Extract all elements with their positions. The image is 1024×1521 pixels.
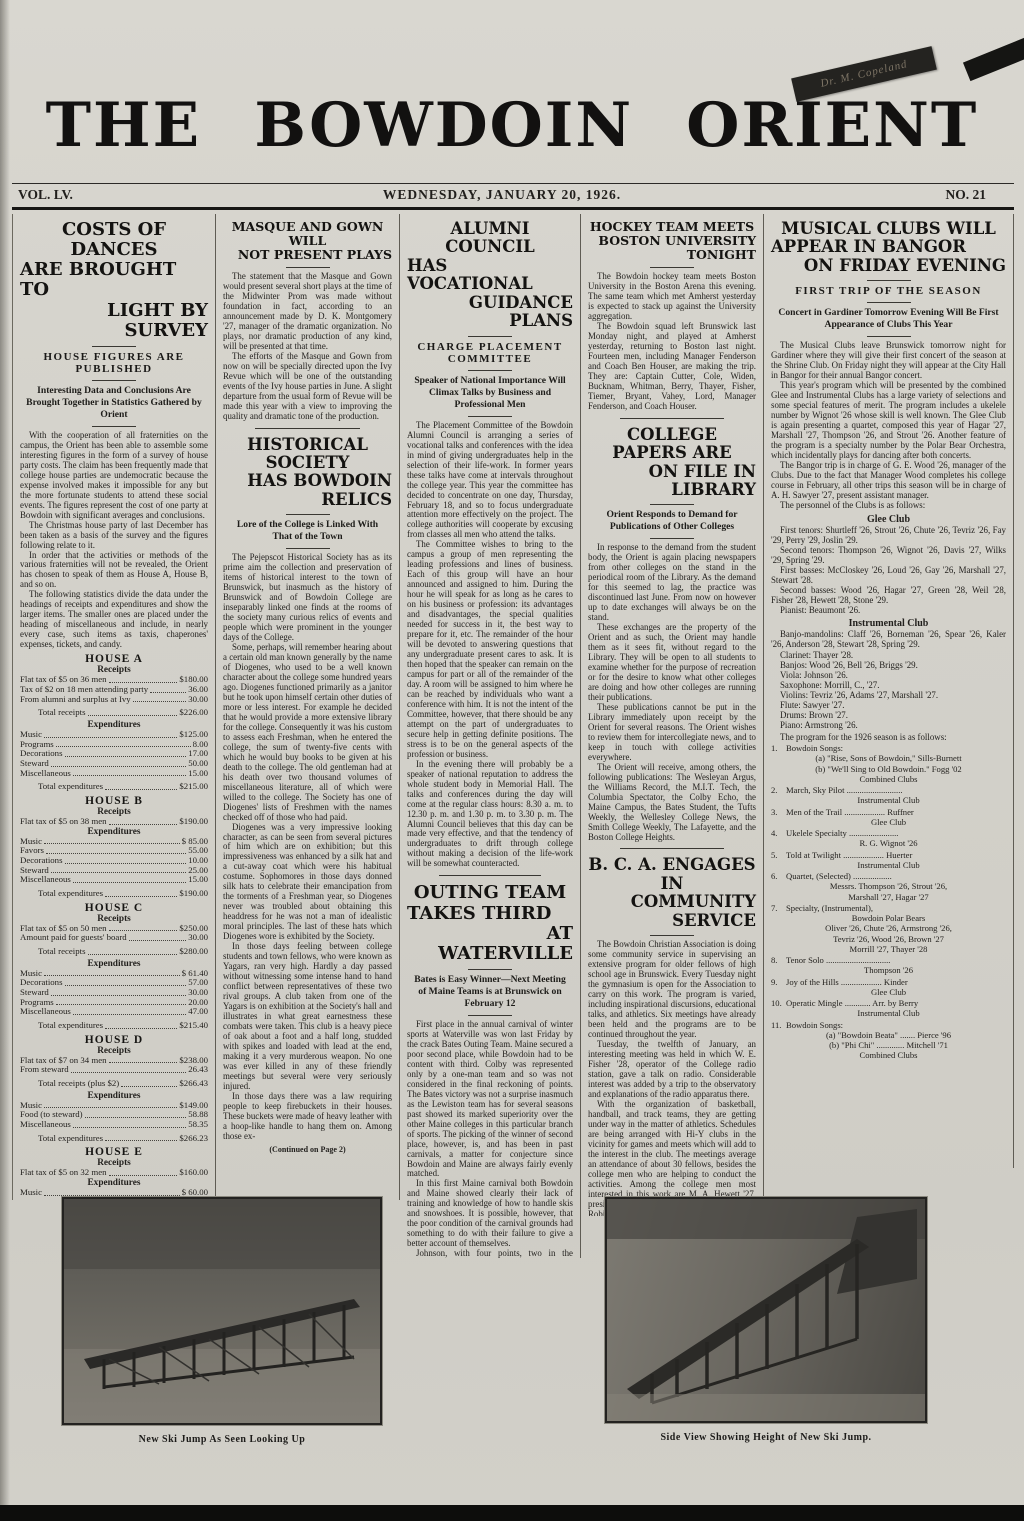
column-4: HOCKEY TEAM MEETSBOSTON UNIVERSITY TONIG…: [581, 214, 764, 1216]
costs-kicker: HOUSE FIGURES ARE PUBLISHED: [20, 351, 208, 375]
divider: [468, 416, 512, 417]
volume-label: VOL. LV.: [12, 187, 238, 203]
divider: [286, 548, 330, 549]
program-item: 10.Operatic Mingle ............ Arr. by …: [771, 998, 1006, 1018]
musical-deck: Concert in Gardiner Tomorrow Evening Wil…: [771, 307, 1006, 331]
program-intro: The program for the 1926 season is as fo…: [771, 732, 1006, 742]
paragraph: In those days there was a law requiring …: [223, 1092, 392, 1142]
program-item: 9.Joy of the Hills ................... K…: [771, 977, 1006, 997]
personnel-line: Banjos: Wood '26, Bell '26, Briggs '29.: [771, 660, 1006, 670]
papers-body: In response to the demand from the stude…: [588, 543, 756, 842]
alumni-deck: Speaker of National Importance Will Clim…: [407, 375, 573, 411]
program-item: 3.Men of the Trail ................... R…: [771, 807, 1006, 827]
divider: [650, 504, 694, 505]
personnel-line: Banjo-mandolins: Claff '26, Borneman '26…: [771, 629, 1006, 649]
divider: [92, 346, 136, 347]
divider: [650, 935, 694, 936]
costs-deck: Interesting Data and Conclusions Are Bro…: [20, 385, 208, 421]
bca-body: The Bowdoin Christian Association is doi…: [588, 940, 756, 1216]
headline-line: ARE BROUGHT TO: [20, 260, 208, 300]
paragraph: Some, perhaps, will remember hearing abo…: [223, 643, 392, 822]
divider: [867, 336, 911, 337]
house-c-section: HOUSE C Receipts Flat tax of $5 on 50 me…: [20, 902, 208, 1031]
article-divider: [620, 418, 724, 419]
costs-headline: COSTS OF DANCESARE BROUGHT TOLIGHT BY SU…: [20, 220, 208, 341]
left-photo-caption: New Ski Jump As Seen Looking Up: [62, 1434, 382, 1445]
headline-line: NOT PRESENT PLAYS: [223, 248, 392, 262]
expenditures-heading: Expenditures: [20, 959, 208, 969]
paragraph: The Christmas house party of last Decemb…: [20, 521, 208, 551]
finance-row: Miscellaneous15.00: [20, 769, 208, 779]
paragraph: Diogenes was a very impressive looking c…: [223, 823, 392, 943]
alumni-kicker: CHARGE PLACEMENT COMMITTEE: [407, 341, 573, 365]
program-item: 6.Quartet, (Selected) ..................…: [771, 871, 1006, 902]
paragraph: These exchanges are the property of the …: [588, 623, 756, 703]
glee-club-heading: Glee Club: [771, 514, 1006, 525]
newspaper-front-page: Dr. M. Copeland THE BOWDOIN ORIENT VOL. …: [0, 0, 1024, 1521]
finance-row: Flat tax of $5 on 38 men$190.00: [20, 817, 208, 827]
paragraph: The Pejepscot Historical Society has as …: [223, 553, 392, 643]
house-title: HOUSE A: [20, 653, 208, 665]
headline-line: HAS BOWDOIN RELICS: [223, 472, 392, 509]
paragraph: The efforts of the Masque and Gown from …: [223, 352, 392, 422]
headline-line: COLLEGE PAPERS ARE: [588, 426, 756, 463]
historical-headline: HISTORICAL SOCIETYHAS BOWDOIN RELICS: [223, 436, 392, 510]
paragraph: The Musical Clubs leave Brunswick tomorr…: [771, 341, 1006, 381]
personnel-line: First basses: McCloskey '26, Loud '26, G…: [771, 565, 1006, 585]
headline-line: GUIDANCE PLANS: [407, 294, 573, 331]
paragraph: First place in the annual carnival of wi…: [407, 1020, 573, 1180]
headline-line: BOSTON UNIVERSITY TONIGHT: [588, 234, 756, 262]
paragraph: With the cooperation of all fraternities…: [20, 431, 208, 521]
headline-line: HOCKEY TEAM MEETS: [588, 220, 756, 234]
issue-number: NO. 21: [766, 187, 1014, 203]
program-item: 8.Tenor Solo ...........................…: [771, 955, 1006, 975]
musical-kicker: FIRST TRIP OF THE SEASON: [771, 285, 1006, 297]
masque-body: The statement that the Masque and Gown w…: [223, 272, 392, 422]
personnel-line: Clarinet: Thayer '28.: [771, 650, 1006, 660]
ski-jump-side-graphic: [607, 1199, 925, 1421]
alumni-body: The Placement Committee of the Bowdoin A…: [407, 421, 573, 870]
historical-body: The Pejepscot Historical Society has as …: [223, 553, 392, 1141]
personnel-line: Flute: Sawyer '27.: [771, 700, 1006, 710]
divider: [867, 302, 911, 303]
personnel-line: First tenors: Shurtleff '26, Strout '26,…: [771, 525, 1006, 545]
papers-headline: COLLEGE PAPERS AREON FILE IN LIBRARY: [588, 426, 756, 500]
paragraph: The Placement Committee of the Bowdoin A…: [407, 421, 573, 541]
divider: [92, 426, 136, 427]
program-item: 11.Bowdoin Songs: (a) "Bowdoin Beata" ..…: [771, 1020, 1006, 1061]
house-e-section: HOUSE E Receipts Flat tax of $5 on 32 me…: [20, 1146, 208, 1200]
house-title: HOUSE C: [20, 902, 208, 914]
divider: [286, 514, 330, 515]
scan-bottom-edge: [0, 1505, 1024, 1521]
divider: [92, 380, 136, 381]
program-item: 7.Specialty, (Instrumental), Bowdoin Pol…: [771, 903, 1006, 954]
paragraph: The personnel of the Clubs is as follows…: [771, 501, 1006, 511]
divider: [286, 267, 330, 268]
total-expenditures-row: Total expenditures$215.00: [20, 782, 208, 792]
masthead-title: THE BOWDOIN ORIENT: [0, 90, 1024, 161]
headline-line: TAKES THIRD: [407, 904, 573, 924]
paragraph: The Bowdoin Christian Association is doi…: [588, 940, 756, 1040]
paragraph: The Bowdoin hockey team meets Boston Uni…: [588, 272, 756, 322]
paragraph: The Bowdoin squad left Brunswick last Mo…: [588, 322, 756, 412]
hockey-body: The Bowdoin hockey team meets Boston Uni…: [588, 272, 756, 412]
house-a-section: HOUSE A Receipts Flat tax of $5 on 36 me…: [20, 653, 208, 792]
headline-line: APPEAR IN BANGOR: [771, 238, 1006, 256]
total-receipts-row: Total receipts$226.00: [20, 708, 208, 718]
column-5: MUSICAL CLUBS WILLAPPEAR IN BANGORON FRI…: [764, 214, 1014, 1168]
paragraph: The Committee wishes to bring to the cam…: [407, 540, 573, 759]
hockey-headline: HOCKEY TEAM MEETSBOSTON UNIVERSITY TONIG…: [588, 220, 756, 262]
finance-row: Miscellaneous15.00: [20, 875, 208, 885]
instrumental-club-heading: Instrumental Club: [771, 618, 1006, 629]
personnel-line: Violins: Tevriz '26, Adams '27, Marshall…: [771, 690, 1006, 700]
finance-row: Amount paid for guests' board30.00: [20, 933, 208, 943]
divider: [650, 538, 694, 539]
divider: [867, 280, 911, 281]
house-b-section: HOUSE B Receipts Flat tax of $5 on 38 me…: [20, 795, 208, 899]
finance-row: Miscellaneous58.35: [20, 1120, 208, 1130]
paragraph: The Orient will receive, among others, t…: [588, 763, 756, 843]
dateline: VOL. LV. WEDNESDAY, JANUARY 20, 1926. NO…: [12, 183, 1014, 210]
column-3: ALUMNI COUNCILHAS VOCATIONALGUIDANCE PLA…: [400, 214, 581, 1258]
expenditures-heading: Expenditures: [20, 827, 208, 837]
expenditures-heading: Expenditures: [20, 1178, 208, 1188]
divider: [468, 1015, 512, 1016]
paragraph: The statement that the Masque and Gown w…: [223, 272, 392, 352]
divider: [650, 267, 694, 268]
program-item: 2.March, Sky Pilot .....................…: [771, 785, 1006, 805]
finance-row: Miscellaneous47.00: [20, 1007, 208, 1017]
ski-jump-photo-side-view: [605, 1197, 927, 1423]
outing-headline: OUTING TEAMTAKES THIRDAT WATERVILLE: [407, 883, 573, 964]
costs-body: With the cooperation of all fraternities…: [20, 431, 208, 650]
house-d-section: HOUSE D Receipts Flat tax of $7 on 34 me…: [20, 1034, 208, 1144]
article-divider: [620, 848, 724, 849]
personnel-line: Pianist: Beaumont '26.: [771, 605, 1006, 615]
column-1: COSTS OF DANCESARE BROUGHT TOLIGHT BY SU…: [12, 214, 216, 1200]
personnel-line: Viola: Johnson '26.: [771, 670, 1006, 680]
owner-stamp-text: Dr. M. Copeland: [819, 58, 908, 90]
paragraph: In the evening there will probably be a …: [407, 760, 573, 870]
headline-line: HAS VOCATIONAL: [407, 257, 573, 294]
instrumental-club-personnel: Banjo-mandolins: Claff '26, Borneman '26…: [771, 629, 1006, 730]
total-expenditures-row: Total expenditures$190.00: [20, 889, 208, 899]
house-title: HOUSE D: [20, 1034, 208, 1046]
divider: [468, 370, 512, 371]
historical-deck: Lore of the College is Linked With That …: [223, 519, 392, 543]
program-item: 4.Ukelele Specialty ....................…: [771, 828, 1006, 848]
personnel-line: Piano: Armstrong '26.: [771, 720, 1006, 730]
paragraph: The Bangor trip is in charge of G. E. Wo…: [771, 461, 1006, 501]
headline-line: B. C. A. ENGAGES IN: [588, 856, 756, 893]
personnel-line: Drums: Brown '27.: [771, 710, 1006, 720]
program-item: 1.Bowdoin Songs: (a) "Rise, Sons of Bowd…: [771, 743, 1006, 784]
headline-line: COSTS OF DANCES: [20, 220, 208, 260]
program-item: 5.Told at Twilight ................... H…: [771, 850, 1006, 870]
finance-row: From steward26.43: [20, 1065, 208, 1075]
headline-line: LIGHT BY SURVEY: [20, 301, 208, 341]
headline-line: ON FRIDAY EVENING: [771, 257, 1006, 275]
paragraph: In order that the activities or methods …: [20, 551, 208, 591]
finance-row: Flat tax of $5 on 32 men$160.00: [20, 1168, 208, 1178]
continued-note: (Continued on Page 2): [223, 1145, 392, 1154]
finance-row: Music$ 85.00: [20, 837, 208, 847]
paragraph: Johnson, with four points, two in the sn…: [407, 1249, 573, 1258]
issue-date: WEDNESDAY, JANUARY 20, 1926.: [238, 187, 766, 203]
divider: [468, 336, 512, 337]
finance-row: From alumni and surplus at Ivy30.00: [20, 695, 208, 705]
paragraph: In those days feeling between college st…: [223, 942, 392, 1092]
headline-line: COMMUNITY SERVICE: [588, 893, 756, 930]
personnel-line: Second tenors: Thompson '26, Wignot '26,…: [771, 545, 1006, 565]
outing-body: First place in the annual carnival of wi…: [407, 1020, 573, 1258]
musical-headline: MUSICAL CLUBS WILLAPPEAR IN BANGORON FRI…: [771, 220, 1006, 275]
total-receipts-row: Total receipts (plus $2)$266.43: [20, 1079, 208, 1089]
paragraph: In response to the demand from the stude…: [588, 543, 756, 623]
headline-line: HISTORICAL SOCIETY: [223, 436, 392, 473]
house-title: HOUSE E: [20, 1146, 208, 1158]
papers-deck: Orient Responds to Demand for Publicatio…: [588, 509, 756, 533]
paragraph: This year's program which will be presen…: [771, 381, 1006, 461]
glee-club-personnel: First tenors: Shurtleff '26, Strout '26,…: [771, 525, 1006, 616]
headline-line: OUTING TEAM: [407, 883, 573, 903]
paragraph: In this first Maine carnival both Bowdoi…: [407, 1179, 573, 1249]
total-expenditures-row: Total expenditures$215.40: [20, 1021, 208, 1031]
masque-headline: MASQUE AND GOWN WILLNOT PRESENT PLAYS: [223, 220, 392, 262]
headline-line: ON FILE IN LIBRARY: [588, 463, 756, 500]
column-2: MASQUE AND GOWN WILLNOT PRESENT PLAYS Th…: [216, 214, 400, 1200]
total-receipts-row: Total receipts$280.00: [20, 947, 208, 957]
ski-jump-trestle-graphic: [64, 1199, 380, 1423]
corner-ink-mark: [963, 35, 1024, 81]
paragraph: Tuesday, the twelfth of January, an inte…: [588, 1040, 756, 1100]
article-divider: [255, 428, 360, 429]
bca-headline: B. C. A. ENGAGES INCOMMUNITY SERVICE: [588, 856, 756, 930]
outing-deck: Bates is Easy Winner—Next Meeting of Mai…: [407, 974, 573, 1010]
headline-line: MASQUE AND GOWN WILL: [223, 220, 392, 248]
headline-line: AT WATERVILLE: [407, 924, 573, 964]
scan-edge-shadow: [0, 0, 10, 1521]
personnel-line: Saxophone: Morrill, C., '27.: [771, 680, 1006, 690]
house-title: HOUSE B: [20, 795, 208, 807]
headline-line: MUSICAL CLUBS WILL: [771, 220, 1006, 238]
musical-body: The Musical Clubs leave Brunswick tomorr…: [771, 341, 1006, 510]
article-divider: [439, 875, 542, 876]
paragraph: The following statistics divide the data…: [20, 590, 208, 650]
ski-jump-photo-looking-up: [62, 1197, 382, 1425]
headline-line: ALUMNI COUNCIL: [407, 220, 573, 257]
program-list: 1.Bowdoin Songs: (a) "Rise, Sons of Bowd…: [771, 743, 1006, 1060]
total-expenditures-row: Total expenditures$266.23: [20, 1134, 208, 1144]
alumni-headline: ALUMNI COUNCILHAS VOCATIONALGUIDANCE PLA…: [407, 220, 573, 331]
personnel-line: Second basses: Wood '26, Hagar '27, Gree…: [771, 585, 1006, 605]
paragraph: These publications cannot be put in the …: [588, 703, 756, 763]
article-columns: COSTS OF DANCESARE BROUGHT TOLIGHT BY SU…: [12, 214, 1014, 1258]
right-photo-caption: Side View Showing Height of New Ski Jump…: [605, 1432, 927, 1443]
divider: [468, 969, 512, 970]
